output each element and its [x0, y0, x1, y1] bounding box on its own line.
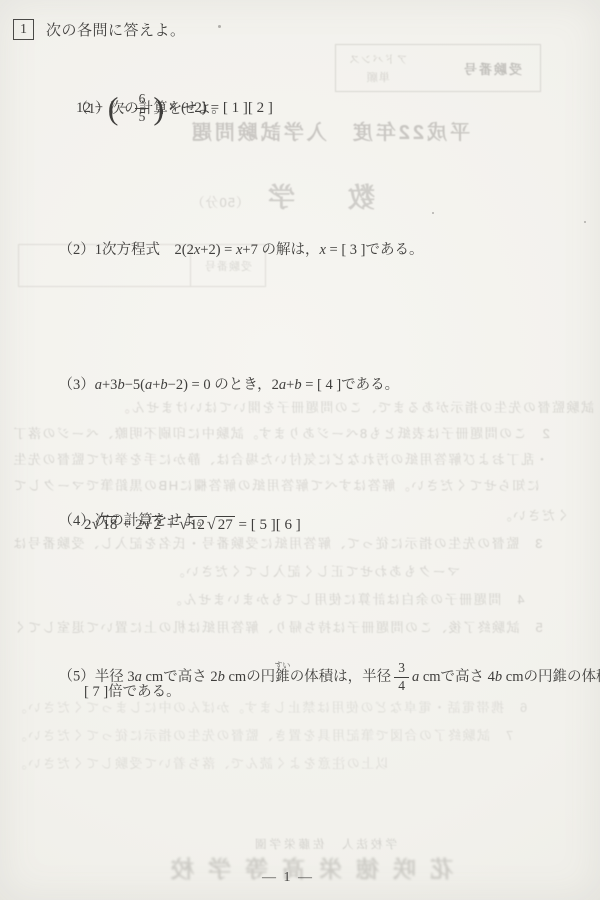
section-instruction: 次の各問に答えよ。 [46, 19, 186, 40]
bleedthrough-instruction-line: 7 試験終了の合図で筆記用具を置き、監督の先生の指示に従ってください。 [12, 728, 513, 744]
paper-speck [218, 25, 221, 28]
page-number: — 1 — [240, 870, 336, 886]
bleedthrough-school-foundation: 学校法人 佐藤栄学園 [222, 836, 397, 852]
bleedthrough-instruction-line: 5 試験終了後、この問題冊子は持ち帰り、解答用紙は机の上に置いて退室してく [12, 620, 543, 636]
section-number-box: 1 [13, 19, 34, 40]
bleedthrough-instruction-line: ・乱丁および解答用紙の汚れなどに気付いた場合は、静かに手を挙げて監督の先生 [12, 452, 549, 468]
bleedthrough-instruction-line: 4 問題冊子の余白は計算に使用してもかまいません。 [167, 592, 525, 608]
bleedthrough-subject: 数 学 （50分） [175, 176, 375, 215]
paper-speck [432, 212, 434, 214]
bleedthrough-subject-name: 数 学 [255, 176, 375, 215]
bleedthrough-instruction-line: ください。 [497, 508, 570, 524]
section-header: 1 次の各問に答えよ。 [13, 19, 186, 40]
question-2-text: （2）1次方程式 2(2x+2) = x+7 の解は，x = [ 3 ]である。 [44, 219, 424, 282]
bleedthrough-course-box-label: 受験番号 [462, 59, 522, 78]
question-3-text: （3）a+3b−5(a+b−2) = 0 のとき，2a+b = [ 4 ]である… [44, 354, 399, 417]
paper-speck [584, 221, 586, 223]
bleedthrough-course-text: アドバンス 単願 [348, 51, 407, 85]
bleedthrough-instruction-line: 以上の注意をよく読んで、落ち着いて受験してください。 [12, 756, 389, 772]
bleedthrough-subject-duration: （50分） [191, 192, 249, 211]
bleedthrough-instruction-line: 2 この問題冊子は表紙とも8ページあります。試験中に印刷不明瞭、ページの落丁 [12, 426, 550, 442]
question-4-formula: 2√18 ÷ 2√2 + √12√27 = [ 5 ][ 6 ] [84, 515, 301, 534]
question-5-text-line1: （5）半径 3a cmで高さ 2b cmの円錐すいの体積は，半径34a cmで高… [44, 640, 600, 715]
bleedthrough-course-box: 受験番号 アドバンス 単願 [335, 44, 541, 92]
question-5-text-line2: [ 7 ]倍である。 [84, 682, 181, 703]
scanned-exam-page: 受験番号 アドバンス 単願 平成22年度 入学試験問題 数 学 （50分） 受験… [0, 0, 600, 900]
bleedthrough-instruction-line: マークもあわせて正しく記入してください。 [170, 564, 460, 580]
question-1-formula: 12 ÷ (− 65) × (−2) = [ 1 ][ 2 ] [76, 85, 273, 131]
